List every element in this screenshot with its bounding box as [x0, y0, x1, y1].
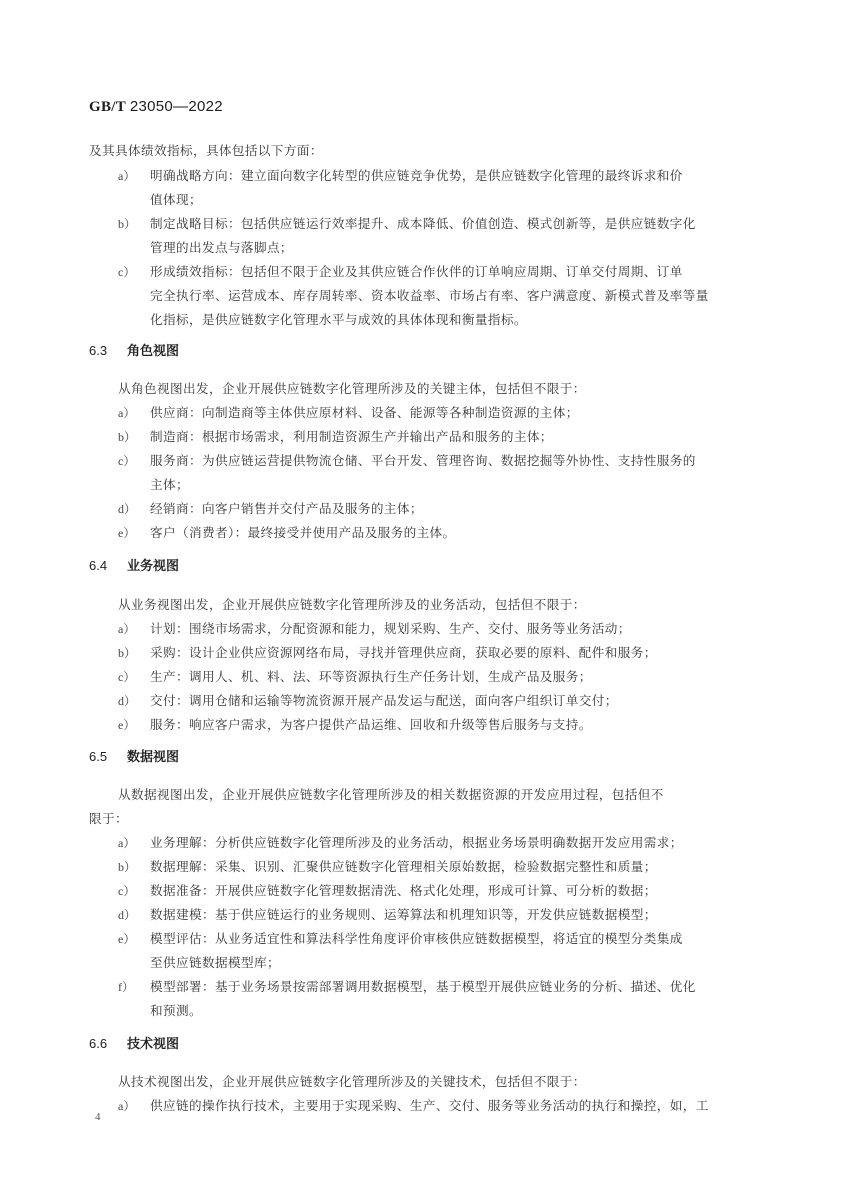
list-item-line: 经销商：向客户销售并交付产品及服务的主体； — [150, 501, 423, 517]
section-heading-6-4: 6.4业务视图 — [89, 558, 179, 575]
list-marker: d） — [118, 693, 136, 709]
list-marker: b） — [118, 429, 136, 445]
list-marker: c） — [118, 453, 135, 469]
section-intro: 从技术视图出发，企业开展供应链数字化管理所涉及的关键技术，包括但不限于： — [118, 1074, 586, 1090]
list-marker: c） — [118, 264, 135, 280]
list-item-line: 客户（消费者）：最终接受并使用产品及服务的主体。 — [150, 525, 456, 541]
section-intro: 从数据视图出发，企业开展供应链数字化管理所涉及的相关数据资源的开发应用过程，包括… — [118, 787, 664, 803]
list-marker: c） — [118, 883, 135, 899]
document-page: GB/T 23050—2022 及其具体绩效指标，具体包括以下方面： a） 明确… — [0, 0, 850, 1200]
page-number: 4 — [95, 1111, 101, 1123]
list-item-line: 模型评估：从业务适宜性和算法科学性角度评价审核供应链数据模型，将适宜的模型分类集… — [150, 931, 683, 947]
list-item-line: 模型部署：基于业务场景按需部署调用数据模型，基于模型开展供应链业务的分析、描述、… — [150, 979, 696, 995]
list-marker: e） — [118, 931, 135, 947]
list-item-line: 明确战略方向：建立面向数字化转型的供应链竞争优势，是供应链数字化管理的最终诉求和… — [150, 168, 683, 184]
section-intro: 从业务视图出发，企业开展供应链数字化管理所涉及的业务活动，包括但不限于： — [118, 597, 586, 613]
list-marker: a） — [118, 405, 135, 421]
section-title: 数据视图 — [127, 750, 179, 765]
list-marker: c） — [118, 669, 135, 685]
standard-code-prefix: GB/T — [89, 99, 126, 115]
list-item-line: 值体现； — [150, 192, 202, 208]
list-item-line: 数据建模：基于供应链运行的业务规则、运筹算法和机理知识等，开发供应链数据模型； — [150, 907, 657, 923]
list-marker: a） — [118, 168, 135, 184]
section-heading-6-3: 6.3角色视图 — [89, 343, 179, 360]
section-intro: 从角色视图出发，企业开展供应链数字化管理所涉及的关键主体，包括但不限于： — [118, 381, 586, 397]
list-item-line: 至供应链数据模型库； — [150, 955, 280, 971]
list-marker: f） — [118, 979, 134, 995]
list-marker: e） — [118, 717, 135, 733]
list-marker: b） — [118, 216, 136, 232]
list-marker: e） — [118, 525, 135, 541]
standard-code: GB/T 23050—2022 — [89, 98, 223, 116]
section-number: 6.3 — [89, 343, 127, 359]
paragraph-continuation: 及其具体绩效指标，具体包括以下方面： — [89, 143, 323, 159]
list-item-line: 制定战略目标：包括供应链运行效率提升、成本降低、价值创造、模式创新等，是供应链数… — [150, 216, 696, 232]
list-item-line: 和预测。 — [150, 1003, 202, 1019]
standard-code-number: 23050—2022 — [130, 98, 223, 115]
section-title: 业务视图 — [127, 559, 179, 574]
list-item-line: 交付：调用仓储和运输等物流资源开展产品发运与配送，面向客户组织订单交付； — [150, 693, 618, 709]
list-marker: b） — [118, 859, 136, 875]
section-heading-6-5: 6.5数据视图 — [89, 749, 179, 766]
section-number: 6.4 — [89, 558, 127, 574]
list-marker: a） — [118, 1098, 135, 1114]
list-item-line: 完全执行率、运营成本、库存周转率、资本收益率、市场占有率、客户满意度、新模式普及… — [150, 288, 709, 304]
section-title: 技术视图 — [127, 1037, 179, 1052]
list-item-line: 数据理解：采集、识别、汇聚供应链数字化管理相关原始数据，检验数据完整性和质量； — [150, 859, 657, 875]
section-number: 6.6 — [89, 1036, 127, 1052]
list-marker: d） — [118, 501, 136, 517]
section-number: 6.5 — [89, 749, 127, 765]
list-item-line: 主体； — [150, 477, 189, 493]
list-item-line: 服务商：为供应链运营提供物流仓储、平台开发、管理咨询、数据挖掘等外协性、支持性服… — [150, 453, 696, 469]
section-intro: 限于： — [89, 811, 128, 827]
list-marker: d） — [118, 907, 136, 923]
list-item-line: 采购：设计企业供应资源网络布局，寻找并管理供应商，获取必要的原料、配件和服务； — [150, 645, 657, 661]
list-item-line: 管理的出发点与落脚点； — [150, 240, 293, 256]
list-marker: b） — [118, 645, 136, 661]
list-item-line: 供应商：向制造商等主体供应原材料、设备、能源等各种制造资源的主体； — [150, 405, 579, 421]
list-item-line: 化指标，是供应链数字化管理水平与成效的具体体现和衡量指标。 — [150, 312, 527, 328]
section-heading-6-6: 6.6技术视图 — [89, 1036, 179, 1053]
list-item-line: 计划：围绕市场需求，分配资源和能力，规划采购、生产、交付、服务等业务活动； — [150, 621, 631, 637]
list-item-line: 供应链的操作执行技术，主要用于实现采购、生产、交付、服务等业务活动的执行和操控，… — [150, 1098, 709, 1114]
list-item-line: 数据准备：开展供应链数字化管理数据清洗、格式化处理，形成可计算、可分析的数据； — [150, 883, 657, 899]
list-item-line: 生产：调用人、机、料、法、环等资源执行生产任务计划，生成产品及服务； — [150, 669, 592, 685]
list-item-line: 业务理解：分析供应链数字化管理所涉及的业务活动，根据业务场景明确数据开发应用需求… — [150, 835, 683, 851]
list-marker: a） — [118, 621, 135, 637]
section-title: 角色视图 — [127, 344, 179, 359]
list-item-line: 形成绩效指标：包括但不限于企业及其供应链合作伙伴的订单响应周期、订单交付周期、订… — [150, 264, 683, 280]
list-item-line: 制造商：根据市场需求，利用制造资源生产并输出产品和服务的主体； — [150, 429, 553, 445]
list-item-line: 服务：响应客户需求，为客户提供产品运维、回收和升级等售后服务与支持。 — [150, 717, 592, 733]
list-marker: a） — [118, 835, 135, 851]
